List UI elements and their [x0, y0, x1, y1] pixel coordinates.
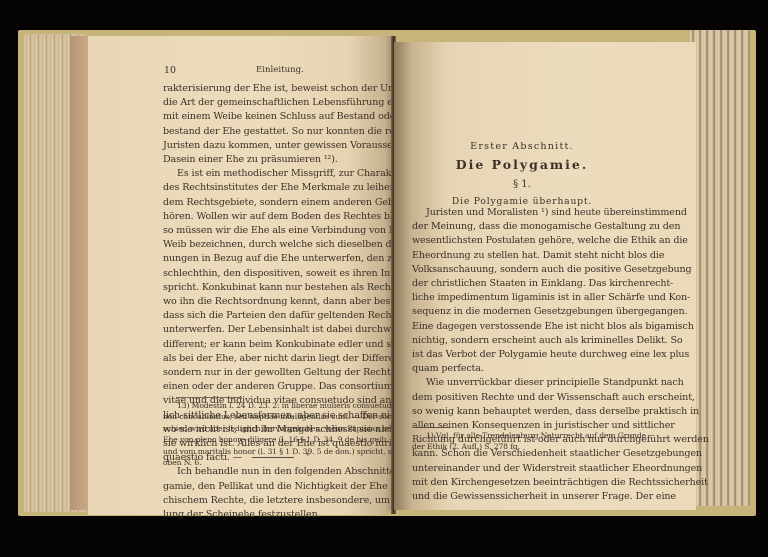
text-line: liche impedimentum ligaminis ist in alle…: [412, 291, 631, 305]
text-line: wo ihn die Rechtsordnung kennt, dann abe…: [163, 295, 381, 309]
running-head: Einleitung.: [256, 65, 304, 75]
footnote-divider-right: [414, 427, 450, 428]
text-line: Weib bezeichnen, durch welche sich diese…: [163, 238, 381, 252]
text-line: Dasein einer Ehe zu präsumieren ¹²).: [163, 153, 381, 167]
paragraph: Ich behandle nun in den folgenden Abschn…: [163, 465, 381, 522]
footnote-line: oben N. 6.: [163, 457, 381, 468]
text-line: als bei der Ehe, aber nicht darin liegt …: [163, 352, 381, 366]
text-line: Wie unverrückbar dieser principielle Sta…: [412, 376, 631, 390]
paragraph: Juristen und Moralisten ¹) sind heute üb…: [412, 206, 631, 376]
text-line: spricht. Konkubinat kann nur bestehen al…: [163, 281, 381, 295]
footnote-line: der Ethik (2. Aufl.) S. 278 fg.: [412, 441, 631, 452]
chapter-title: Die Polygamie.: [412, 157, 632, 172]
text-line: bestand der Ehe gestattet. So nur konnte…: [163, 125, 381, 139]
page-number: 10: [164, 65, 176, 76]
text-line: mit den Kirchengesetzen beeinträchtigen …: [412, 476, 631, 490]
text-line: dem positiven Rechte und der Wissenschaf…: [412, 391, 631, 405]
text-line: einen oder der anderen Gruppe. Das conso…: [163, 380, 381, 394]
text-line: mit einem Weibe keinen Schluss auf Besta…: [163, 110, 381, 124]
text-line: der Meinung, dass die monogamische Gesta…: [412, 220, 631, 234]
text-line: Eheordnung zu stellen hat. Damit steht n…: [412, 249, 631, 263]
text-line: Es ist ein methodischer Missgriff, zur C…: [163, 167, 381, 181]
footnote-line: Ehe von pleno honore diligere (l. 16 § 1…: [163, 434, 381, 445]
footnote-line: 13) Modestin l. 24 D. 23. 2: in liberae …: [163, 400, 381, 411]
text-line: nungen in Bezug auf die Ehe unterwerfen,…: [163, 252, 381, 266]
text-line: und die Gewissenssicherheit in unserer F…: [412, 490, 631, 504]
text-line: rakterisierung der Ehe ist, beweist scho…: [163, 82, 381, 96]
text-line: unterwerfen. Der Lebensinhalt ist dabei …: [163, 323, 381, 337]
text-line: nichtig, sondern erscheint auch als krim…: [412, 334, 631, 348]
text-line: so wenig kann behauptet werden, dass der…: [412, 405, 631, 419]
paragraph: rakterisierung der Ehe ist, beweist scho…: [163, 82, 381, 167]
text-line: der christlichen Staaten in Einklang. Da…: [412, 277, 631, 291]
left-page-footnote: 13) Modestin l. 24 D. 23. 2: in liberae …: [163, 400, 381, 468]
text-line: quam perfecta.: [412, 362, 631, 376]
text-line: ist das Verbot der Polygamie heute durch…: [412, 348, 631, 362]
text-line: dass sich die Parteien den dafür geltend…: [163, 309, 381, 323]
text-line: des Rechtsinstitutes der Ehe Merkmale zu…: [163, 181, 381, 195]
end-rule: [252, 457, 294, 458]
text-line: so müssen wir die Ehe als eine Verbindun…: [163, 224, 381, 238]
text-line: hören. Wollen wir auf dem Boden des Rech…: [163, 210, 381, 224]
text-line: Juristen und Moralisten ¹) sind heute üb…: [412, 206, 631, 220]
signature-mark: *: [306, 452, 310, 460]
page-edges-left-shadow: [70, 36, 88, 510]
text-line: schlechthin, den dispositiven, soweit es…: [163, 267, 381, 281]
right-page-body: Juristen und Moralisten ¹) sind heute üb…: [412, 206, 631, 504]
text-line: different; er kann beim Konkubinate edle…: [163, 338, 381, 352]
text-line: dem Rechtsgebiete, sondern einem anderen…: [163, 196, 381, 210]
text-line: Juristen dazu kommen, unter gewissen Vor…: [163, 139, 381, 153]
text-line: gamie, den Pellikat und die Nichtigkeit …: [163, 480, 381, 494]
text-line: wesentlichsten Postulaten gehöre, welche…: [412, 234, 631, 248]
footnote-line: und vom maritalis honor (l. 31 § 1 D. 39…: [163, 446, 381, 457]
text-line: Volksanschauung, sondern auch die positi…: [412, 263, 631, 277]
text-line: lung der Scheinehe festzustellen.: [163, 508, 381, 522]
footnote-line: schied wird aber lediglich hervorgehoben…: [163, 423, 381, 434]
right-page-footnote: 1) Vgl. für alle Trendelenburg Naturrech…: [412, 430, 631, 453]
footnote-divider: [176, 397, 242, 398]
text-line: sequenz in die modernen Gesetzgebungen ü…: [412, 305, 631, 319]
text-line: untereinander und der Widerstreit staatl…: [412, 462, 631, 476]
footnote-line: non concubinatus, sed nuptiae intelligen…: [163, 411, 381, 422]
text-line: chischem Rechte, die letztere insbesonde…: [163, 494, 381, 508]
paragraph-symbol: § 1.: [412, 179, 632, 190]
text-line: Eine dagegen verstossende Ehe ist nicht …: [412, 320, 631, 334]
text-line: die Art der gemeinschaftlichen Lebensfüh…: [163, 96, 381, 110]
footnote-line: 1) Vgl. für alle Trendelenburg Naturrech…: [412, 430, 631, 441]
section-label: Erster Abschnitt.: [412, 141, 632, 152]
text-line: sondern nur in der gewollten Geltung der…: [163, 366, 381, 380]
